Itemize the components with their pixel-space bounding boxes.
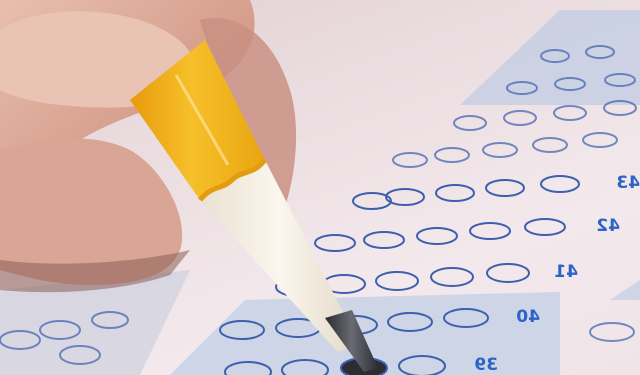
shaded-band-right — [610, 280, 640, 300]
row-number-41: 41 — [554, 262, 578, 282]
answer-sheet-illustration: 43 42 41 40 39 — [0, 0, 640, 375]
shaded-band-top — [460, 10, 640, 105]
row-number-42: 42 — [596, 216, 620, 236]
row-number-40: 40 — [516, 307, 540, 327]
bubble-row-42 — [315, 219, 565, 251]
bubble-row-43 — [353, 176, 579, 209]
row-number-43: 43 — [616, 173, 640, 193]
row-number-39: 39 — [474, 355, 498, 375]
photo-scene: 43 42 41 40 39 — [0, 0, 640, 375]
